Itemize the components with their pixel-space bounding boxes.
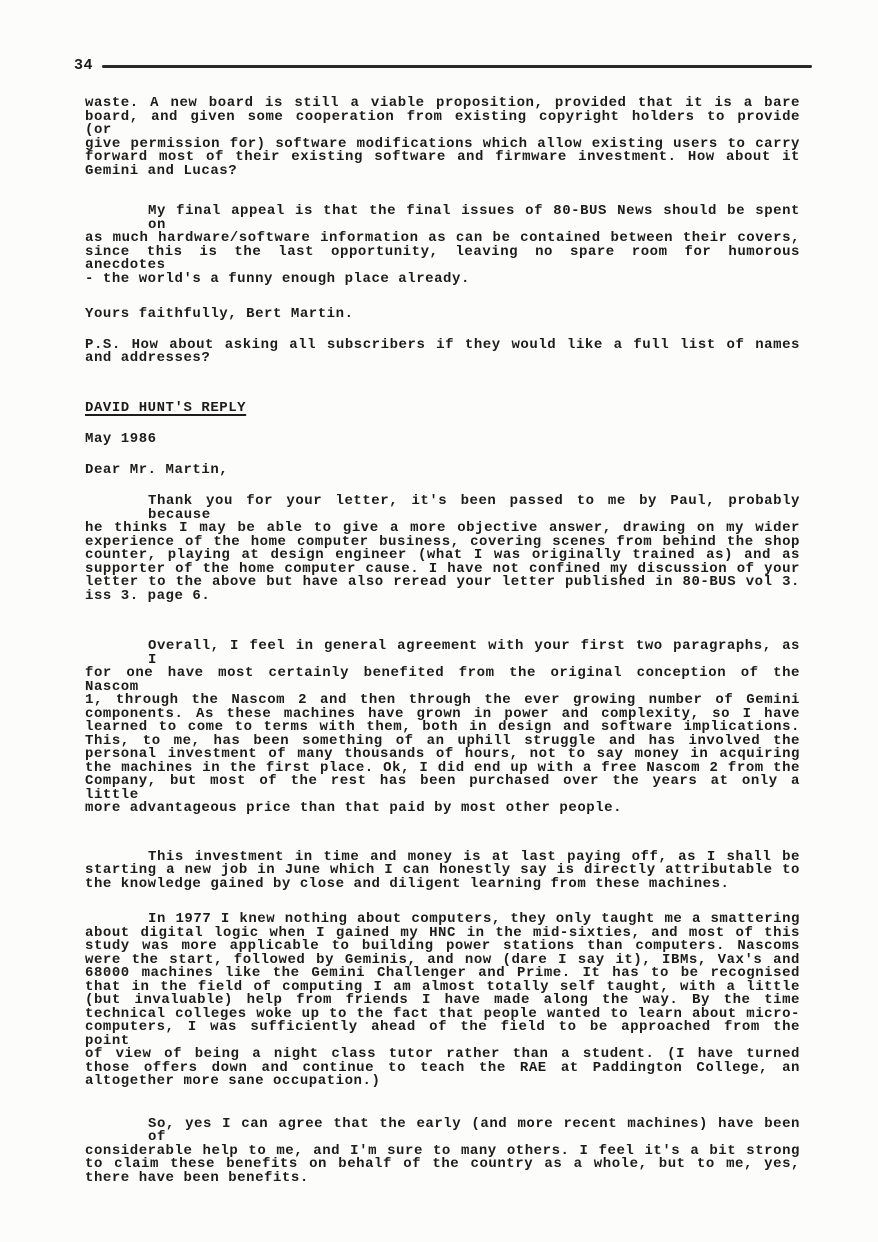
text-line: board, and given some cooperation from e… <box>85 111 800 138</box>
page-body: waste. A new board is still a viable pro… <box>85 97 800 1185</box>
scanned-page: 34 waste. A new board is still a viable … <box>0 0 878 1242</box>
paragraph-overall: Overall, I feel in general agreement wit… <box>85 640 800 816</box>
paragraph-waste: waste. A new board is still a viable pro… <box>85 97 800 178</box>
text-line: Company, but most of the rest has been p… <box>85 775 800 802</box>
text-line: the knowledge gained by close and dilige… <box>85 878 800 892</box>
reply-salutation: Dear Mr. Martin, <box>85 464 800 478</box>
letter-postscript: P.S. How about asking all subscribers if… <box>85 339 800 366</box>
text-line: Gemini and Lucas? <box>85 165 800 179</box>
paragraph-thanks: Thank you for your letter, it's been pas… <box>85 495 800 603</box>
text-line: there have been benefits. <box>85 1172 800 1186</box>
text-line: Overall, I feel in general agreement wit… <box>85 640 800 667</box>
reply-date: May 1986 <box>85 433 800 447</box>
page-number: 34 <box>74 58 93 74</box>
paragraph-agree: So, yes I can agree that the early (and … <box>85 1118 800 1186</box>
page-header: 34 <box>74 58 812 74</box>
text-line: - the world's a funny enough place alrea… <box>85 273 800 287</box>
text-line: since this is the last opportunity, leav… <box>85 246 800 273</box>
text-line: iss 3. page 6. <box>85 590 800 604</box>
text-line: and addresses? <box>85 352 800 366</box>
text-line: computers, I was sufficiently ahead of t… <box>85 1021 800 1048</box>
text-line: altogether more sane occupation.) <box>85 1075 800 1089</box>
text-line: So, yes I can agree that the early (and … <box>85 1118 800 1145</box>
header-rule <box>102 65 812 68</box>
letter-signoff: Yours faithfully, Bert Martin. <box>85 308 800 322</box>
text-line: more advantageous price than that paid b… <box>85 802 800 816</box>
reply-heading: DAVID HUNT'S REPLY <box>85 402 800 416</box>
text-line: My final appeal is that the final issues… <box>85 205 800 232</box>
paragraph-final-appeal: My final appeal is that the final issues… <box>85 205 800 286</box>
paragraph-1977: In 1977 I knew nothing about computers, … <box>85 913 800 1089</box>
paragraph-investment: This investment in time and money is at … <box>85 851 800 892</box>
text-line: for one have most certainly benefited fr… <box>85 667 800 694</box>
text-line: Thank you for your letter, it's been pas… <box>85 495 800 522</box>
